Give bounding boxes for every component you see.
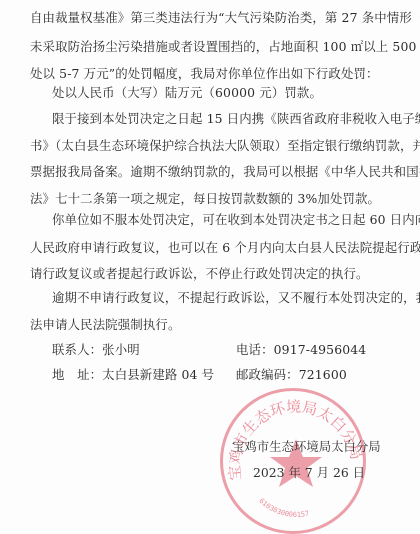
body-text-line: 请行政复议或者提起行政诉讼，不停止行政处罚决定的执行。 bbox=[30, 266, 369, 282]
official-seal: 宝鸡市生态环境局太白分局 6103030006157 bbox=[220, 388, 366, 534]
body-text-line: 你单位如不服本处罚决定，可在收到本处罚决定书之日起 60 日内向太白县 bbox=[52, 212, 420, 228]
body-text-line: 书》（太白县生态环境保护综合执法大队领取）至指定银行缴纳罚款，并将缴款 bbox=[30, 138, 420, 154]
body-text-line: 法》七十二条第一项之规定，每日按罚款数额的 3%加处罚款。 bbox=[30, 191, 380, 207]
issuing-organization: 宝鸡市生态环境局太白分局 bbox=[232, 437, 381, 455]
body-text-line: 人民政府申请行政复议，也可以在 6 个月内向太白县人民法院提起行政诉讼。申 bbox=[30, 240, 420, 256]
svg-text:6103030006157: 6103030006157 bbox=[257, 497, 310, 519]
body-text-line: 未采取防治扬尘污染措施或者设置围挡的，占地面积 100 ㎡以上 500 ㎡以内的 bbox=[30, 39, 420, 55]
body-text-line: 法申请人民法院强制执行。 bbox=[30, 317, 181, 333]
contact-phone: 电话：0917-4956044 bbox=[236, 342, 366, 358]
body-text-line: 处以 5-7 万元”的处罚幅度，我局对你单位作出如下行政处罚： bbox=[30, 66, 379, 82]
seal-serial: 6103030006157 bbox=[257, 497, 310, 519]
contact-address: 地 址：太白县新建路 04 号 bbox=[52, 367, 214, 383]
body-text-line: 自由裁量权基准》第三类违法行为“大气污染防治类，第 27 条中情形（2）b. bbox=[30, 10, 420, 26]
issue-date: 2023 年 7 月 26 日 bbox=[253, 463, 365, 481]
body-text-line: 逾期不申请行政复议，不提起行政诉讼，又不履行本处罚决定的，我局将依 bbox=[52, 290, 420, 306]
contact-person: 联系人：张小明 bbox=[52, 342, 140, 358]
body-text-line: 票据报我局备案。逾期不缴纳罚款的，我局可以根据《中华人民共和国行政处罚 bbox=[30, 164, 420, 180]
body-text-line: 限于接到本处罚决定之日起 15 日内携《陕西省政府非税收入电子缴款通知 bbox=[52, 111, 420, 127]
body-text-line: 处以人民币（大写）陆万元（60000 元）罚款。 bbox=[52, 85, 322, 101]
contact-postcode: 邮政编码：721600 bbox=[236, 367, 347, 383]
